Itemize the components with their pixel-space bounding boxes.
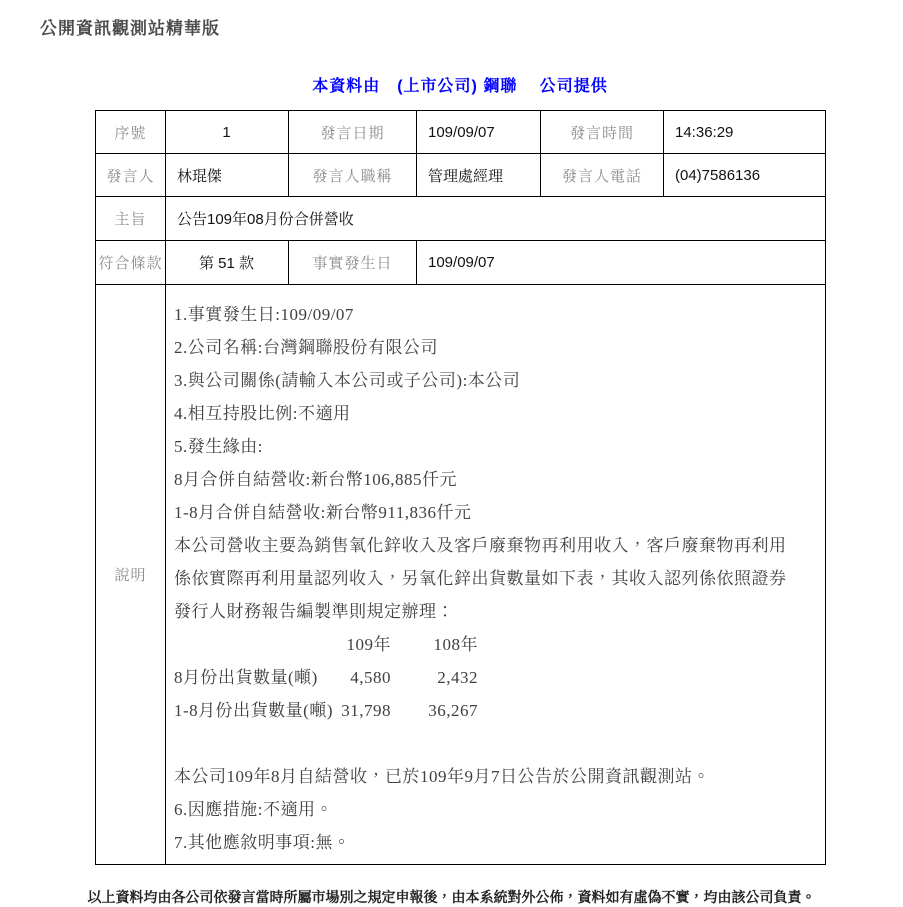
speak-time-label: 發言時間: [541, 111, 664, 154]
shipment-header-spacer: [174, 628, 341, 661]
shipment-value-108: 36,267: [391, 694, 478, 727]
description-line: 3.與公司關係(請輸入本公司或子公司):本公司: [174, 364, 817, 397]
footer-disclaimer: 以上資料均由各公司依發言當時所屬市場別之規定申報後，由本系統對外公佈，資料如有虛…: [0, 887, 903, 907]
description-line: 2.公司名稱:台灣鋼聯股份有限公司: [174, 331, 817, 364]
page-title: 公開資訊觀測站精華版: [40, 14, 903, 39]
table-row: 符合條款 第 51 款 事實發生日 109/09/07: [96, 241, 826, 285]
speaker-label: 發言人: [96, 154, 166, 197]
subject-value: 公告109年08月份合併營收: [166, 197, 826, 241]
shipment-row-label: 8月份出貨數量(噸): [174, 661, 341, 694]
speaker-phone-label: 發言人電話: [541, 154, 664, 197]
shipment-header-row: 109年 108年: [174, 628, 817, 661]
event-date-label: 事實發生日: [289, 241, 417, 285]
description-line: 本公司營收主要為銷售氧化鋅收入及客戶廢棄物再利用收入，客戶廢棄物再利用: [174, 529, 817, 562]
description-cell: 1.事實發生日:109/09/07 2.公司名稱:台灣鋼聯股份有限公司 3.與公…: [166, 285, 826, 865]
seq-label: 序號: [96, 111, 166, 154]
shipment-row-ytd: 1-8月份出貨數量(噸) 31,798 36,267: [174, 694, 817, 727]
description-blank-line: [174, 727, 817, 760]
subject-label: 主旨: [96, 197, 166, 241]
announcement-container: 本資料由 (上市公司) 鋼聯 公司提供 序號 1 發言日期 109/09/07 …: [95, 73, 825, 865]
speaker-title-value: 管理處經理: [417, 154, 541, 197]
shipment-header-109: 109年: [341, 628, 391, 661]
shipment-header-108: 108年: [391, 628, 478, 661]
seq-value: 1: [166, 111, 289, 154]
table-row: 序號 1 發言日期 109/09/07 發言時間 14:36:29: [96, 111, 826, 154]
speak-time-value: 14:36:29: [664, 111, 826, 154]
shipment-quantity-table: 109年 108年 8月份出貨數量(噸) 4,580 2,432 1-8月份出貨…: [174, 628, 817, 727]
speaker-phone-value: (04)7586136: [664, 154, 826, 197]
description-line: 7.其他應敘明事項:無。: [174, 826, 817, 859]
provider-notice: 本資料由 (上市公司) 鋼聯 公司提供: [95, 73, 825, 96]
clause-label: 符合條款: [96, 241, 166, 285]
shipment-value-108: 2,432: [391, 661, 478, 694]
table-row: 說明 1.事實發生日:109/09/07 2.公司名稱:台灣鋼聯股份有限公司 3…: [96, 285, 826, 865]
announcement-table: 序號 1 發言日期 109/09/07 發言時間 14:36:29 發言人 林琨…: [95, 110, 826, 865]
table-row: 主旨 公告109年08月份合併營收: [96, 197, 826, 241]
description-line: 本公司109年8月自結營收，已於109年9月7日公告於公開資訊觀測站。: [174, 760, 817, 793]
speaker-title-label: 發言人職稱: [289, 154, 417, 197]
speak-date-label: 發言日期: [289, 111, 417, 154]
table-row: 發言人 林琨傑 發言人職稱 管理處經理 發言人電話 (04)7586136: [96, 154, 826, 197]
shipment-value-109: 31,798: [341, 694, 391, 727]
speaker-value: 林琨傑: [166, 154, 289, 197]
description-line: 1.事實發生日:109/09/07: [174, 298, 817, 331]
description-line: 6.因應措施:不適用。: [174, 793, 817, 826]
speak-date-value: 109/09/07: [417, 111, 541, 154]
description-line: 1-8月合併自結營收:新台幣911,836仟元: [174, 496, 817, 529]
description-label: 說明: [96, 285, 166, 865]
shipment-row-label: 1-8月份出貨數量(噸): [174, 694, 341, 727]
description-line: 4.相互持股比例:不適用: [174, 397, 817, 430]
event-date-value: 109/09/07: [417, 241, 826, 285]
shipment-row-august: 8月份出貨數量(噸) 4,580 2,432: [174, 661, 817, 694]
clause-value: 第 51 款: [166, 241, 289, 285]
shipment-value-109: 4,580: [341, 661, 391, 694]
description-line: 5.發生緣由:: [174, 430, 817, 463]
description-body: 1.事實發生日:109/09/07 2.公司名稱:台灣鋼聯股份有限公司 3.與公…: [174, 298, 817, 859]
description-line: 發行人財務報告編製準則規定辦理：: [174, 595, 817, 628]
description-line: 8月合併自結營收:新台幣106,885仟元: [174, 463, 817, 496]
description-line: 係依實際再利用量認列收入，另氧化鋅出貨數量如下表，其收入認列係依照證券: [174, 562, 817, 595]
